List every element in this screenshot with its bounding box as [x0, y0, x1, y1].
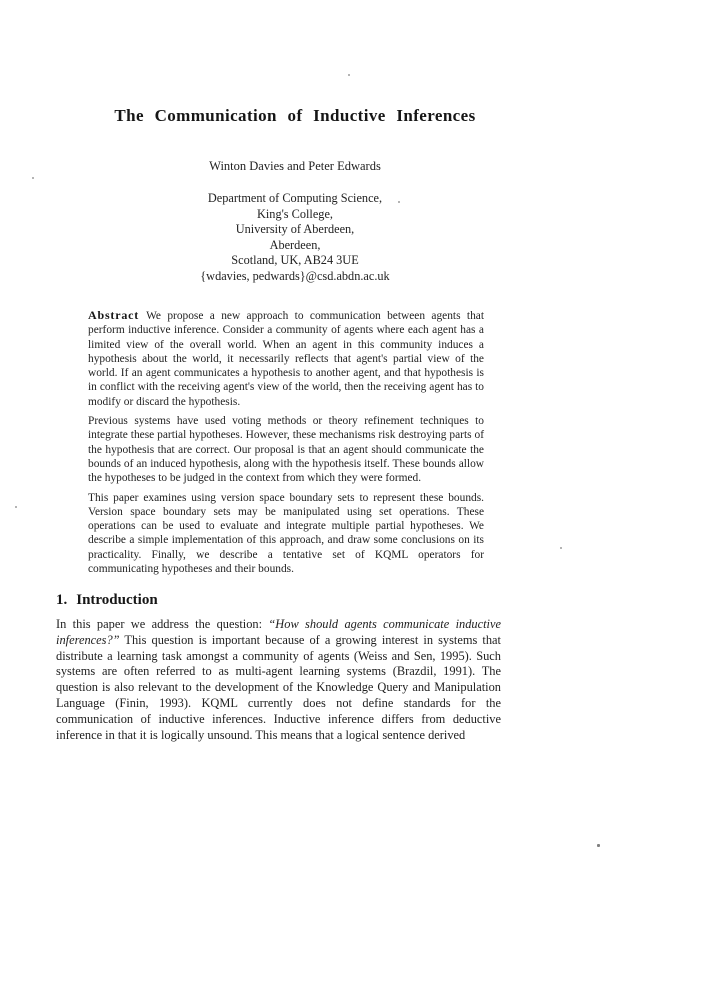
scan-speck [32, 177, 34, 179]
affiliation-block: Department of Computing Science, King's … [55, 191, 535, 269]
introduction-text-before-quote: In this paper we address the question: [56, 617, 268, 631]
abstract-paragraph-2: Previous systems have used voting method… [88, 414, 484, 485]
authors-line: Winton Davies and Peter Edwards [55, 159, 535, 174]
affiliation-line-city: Aberdeen, [55, 238, 535, 254]
scan-speck [15, 506, 17, 508]
abstract-section: AbstractWe propose a new approach to com… [88, 308, 484, 581]
introduction-paragraph: In this paper we address the question: “… [56, 617, 501, 743]
affiliation-line-college: King's College, [55, 207, 535, 223]
scan-speck [560, 547, 562, 549]
email-line: {wdavies, pedwards}@csd.abdn.ac.uk [55, 269, 535, 284]
abstract-paragraph-3: This paper examines using version space … [88, 491, 484, 577]
scan-speck [398, 201, 400, 203]
scan-speck [348, 74, 350, 76]
paper-page: The Communication of Inductive Inference… [0, 0, 707, 1000]
abstract-label: Abstract [88, 308, 139, 322]
introduction-text-after-quote: This question is important because of a … [56, 633, 501, 742]
abstract-paragraph-1-text: We propose a new approach to communicati… [88, 310, 484, 408]
affiliation-line-department: Department of Computing Science, [55, 191, 535, 207]
paper-title: The Communication of Inductive Inference… [55, 106, 535, 126]
scan-speck [597, 844, 600, 847]
section-1-heading: 1.Introduction [56, 592, 501, 609]
affiliation-line-country: Scotland, UK, AB24 3UE [55, 253, 535, 269]
affiliation-line-university: University of Aberdeen, [55, 222, 535, 238]
section-1-number: 1. [56, 592, 67, 608]
abstract-paragraph-1: AbstractWe propose a new approach to com… [88, 308, 484, 409]
section-1-title: Introduction [76, 592, 157, 608]
